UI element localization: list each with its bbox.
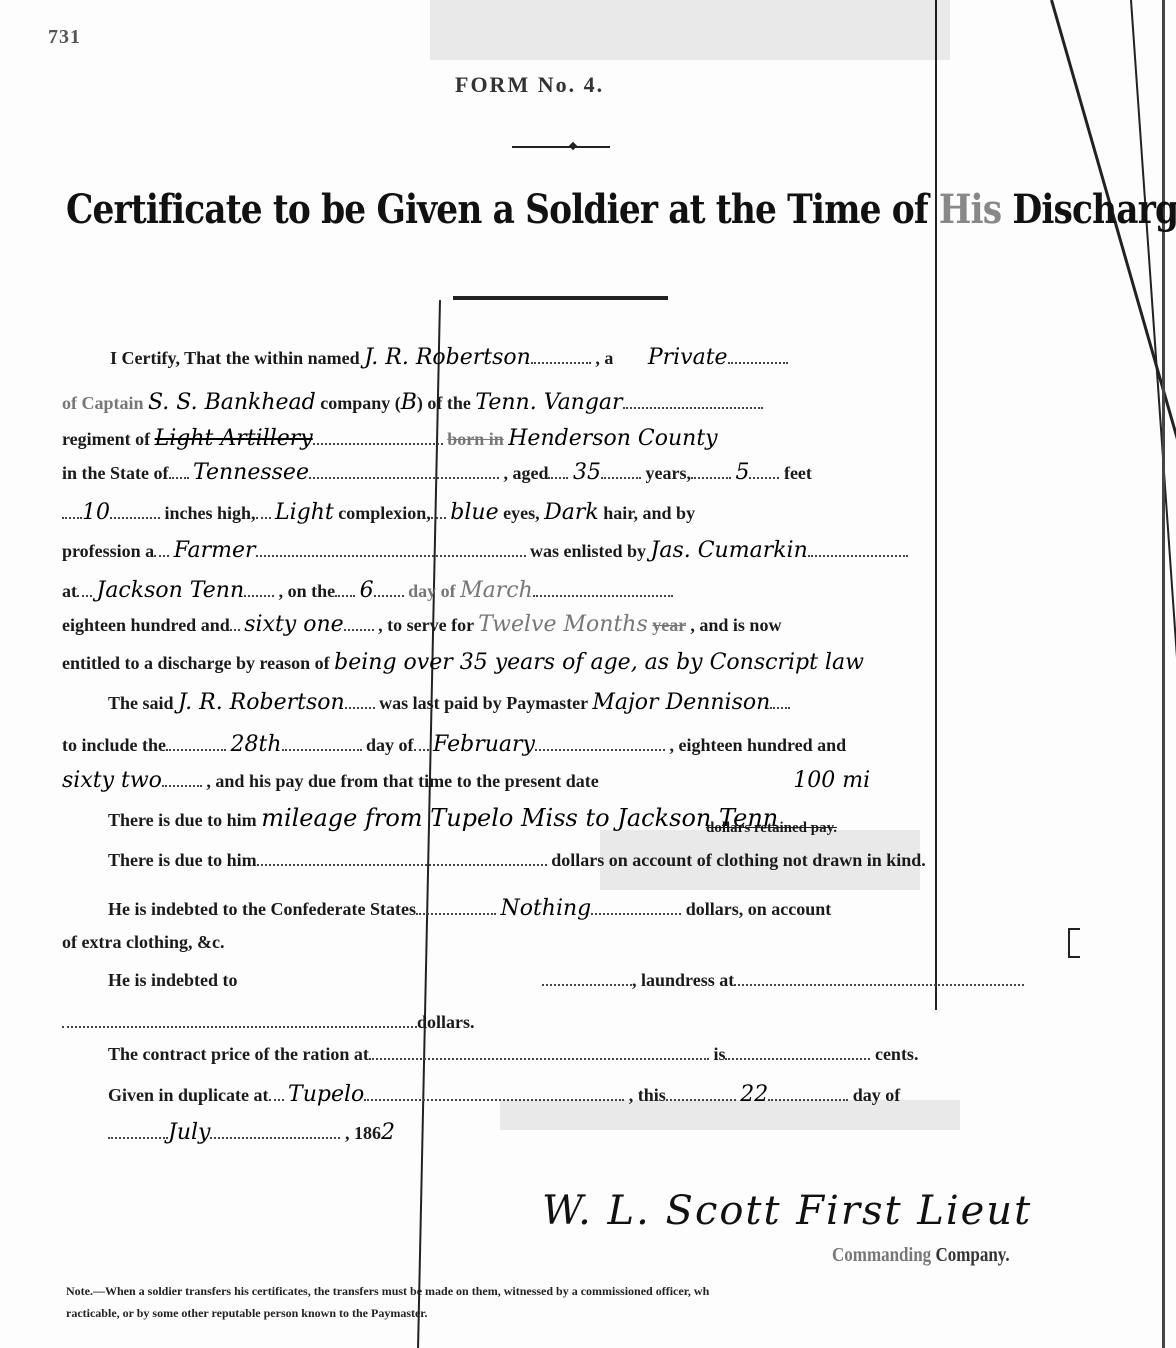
discharge-reason: being over 35 years of age, as by Conscr… xyxy=(334,650,864,675)
eye-color: blue xyxy=(450,500,498,525)
unit-name: Tenn. Vangar xyxy=(475,390,622,415)
footnote-line-1: Note.—When a soldier transfers his certi… xyxy=(66,1284,709,1299)
officer-signature: W. L. Scott First Lieut xyxy=(542,1188,1032,1234)
regiment-name: Light Artillery xyxy=(155,426,313,451)
profession-line: profession a Farmer was enlisted by Jas.… xyxy=(62,538,908,563)
paymaster-name: Major Dennison xyxy=(592,690,770,715)
ration-price-line: The contract price of the ration at is c… xyxy=(108,1044,918,1065)
form-number: FORM No. 4. xyxy=(455,72,604,98)
certificate-title: Certificate to be Given a Soldier at the… xyxy=(66,186,1176,233)
birthplace: Henderson County xyxy=(508,426,717,451)
amount-due: mileage from Tupelo Miss to Jackson Tenn xyxy=(261,804,778,832)
soldier-name: J. R. Robertson xyxy=(364,345,531,370)
extra-clothing-line: of extra clothing, &c. xyxy=(62,932,224,953)
enlistment-year-line: eighteen hundred and sixty one , to serv… xyxy=(62,612,781,637)
pay-year-line: sixty two , and his pay due from that ti… xyxy=(62,768,870,793)
ornament-rule xyxy=(512,146,610,148)
enlistment-place: Jackson Tenn xyxy=(97,578,245,603)
indebted-cs-line: He is indebted to the Confederate States… xyxy=(108,896,831,921)
crease-line xyxy=(1050,0,1176,962)
pay-date-line: to include the 28th day of February , ei… xyxy=(62,732,846,757)
indebted-amount: Nothing xyxy=(500,896,591,921)
given-at-line: Given in duplicate at Tupelo , this 22 d… xyxy=(108,1082,900,1107)
soldier-rank: Private xyxy=(648,345,728,370)
profession: Farmer xyxy=(174,538,256,563)
fold-line xyxy=(935,0,937,1010)
hair-color: Dark xyxy=(544,500,599,525)
dollars-line: dollars. xyxy=(62,1012,475,1033)
mileage-distance: 100 mi xyxy=(793,768,870,793)
regiment-line: regiment of Light Artillery born in Hend… xyxy=(62,426,718,451)
indebted-to-line: He is indebted to , laundress at xyxy=(108,970,1024,991)
soldier-name-repeat: J. R. Robertson xyxy=(178,690,345,715)
height-inches: 10 xyxy=(82,500,110,525)
certify-line: I Certify, That the within named J. R. R… xyxy=(110,345,788,370)
title-rule xyxy=(453,296,668,300)
description-line: 10 inches high, Light complexion, blue e… xyxy=(62,500,695,525)
bracket-mark xyxy=(1068,928,1080,958)
term-of-service: Twelve Months xyxy=(478,612,647,637)
document-number: 731 xyxy=(48,26,81,49)
given-date-line: July , 1862 xyxy=(108,1120,395,1145)
company-letter: B xyxy=(401,390,417,415)
due-line-2: There is due to him dollars on account o… xyxy=(108,850,926,871)
age: 35 xyxy=(573,460,601,485)
given-day: 22 xyxy=(740,1082,768,1107)
footnote-line-2: racticable, or by some other reputable p… xyxy=(66,1306,428,1321)
complexion: Light xyxy=(275,500,334,525)
given-place: Tupelo xyxy=(288,1082,364,1107)
enlistment-month: March xyxy=(460,578,533,603)
captain-name: S. S. Bankhead xyxy=(148,390,316,415)
due-line-1: There is due to him mileage from Tupelo … xyxy=(108,804,778,832)
discharge-certificate: 731 FORM No. 4. Certificate to be Given … xyxy=(0,0,1176,1348)
given-year-digit: 2 xyxy=(381,1120,395,1145)
scan-noise xyxy=(430,0,950,60)
captain-line: of Captain S. S. Bankhead company (B) of… xyxy=(62,390,763,415)
state-name: Tennessee xyxy=(193,460,309,485)
given-month: July xyxy=(168,1120,210,1145)
discharge-reason-line: entitled to a discharge by reason of bei… xyxy=(62,650,864,675)
signature-caption: Commanding Company. xyxy=(832,1244,1010,1267)
paid-month: February xyxy=(433,732,535,757)
last-paid-line: The said J. R. Robertson was last paid b… xyxy=(108,690,790,715)
enlistment-day: 6 xyxy=(360,578,374,603)
enlistment-place-line: at Jackson Tenn , on the 6 day of March xyxy=(62,578,673,603)
paid-day: 28th xyxy=(231,732,282,757)
paid-year: sixty two xyxy=(62,768,162,793)
ornament-diamond xyxy=(569,142,577,150)
height-feet: 5 xyxy=(735,460,749,485)
retained-pay-label: dollars retained pay. xyxy=(706,820,837,837)
enlistment-year: sixty one xyxy=(244,612,343,637)
enlisting-officer: Jas. Cumarkin xyxy=(651,538,808,563)
state-line: in the State of Tennessee , aged 35 year… xyxy=(62,460,812,485)
